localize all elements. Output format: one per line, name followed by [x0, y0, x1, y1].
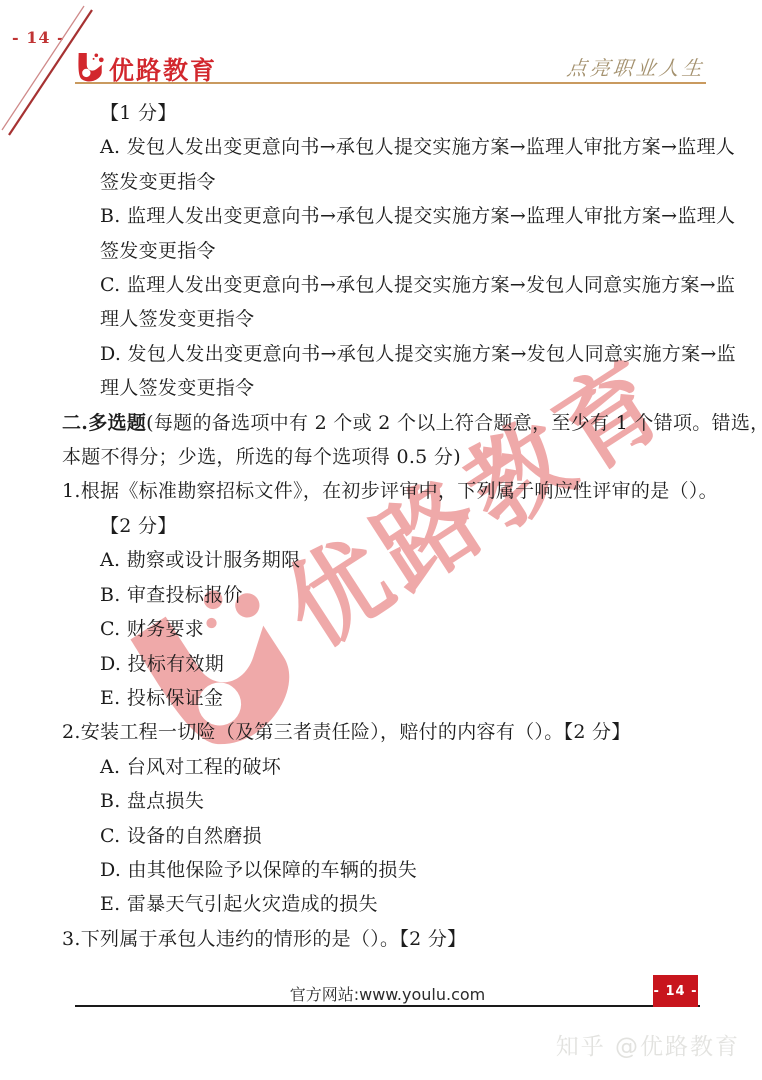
option-line-c: C. 财务要求: [62, 612, 712, 646]
footer-site-text: 官方网站:www.youlu.com: [75, 982, 700, 1005]
option-continuation: 理人签发变更指令: [62, 302, 712, 336]
section-note-continuation: 本题不得分；少选，所选的每个选项得 0.5 分): [62, 440, 712, 474]
option-line-c: C. 监理人发出变更意向书→承包人提交实施方案→发包人同意实施方案→监: [62, 268, 712, 302]
score-line: 【1 分】: [62, 96, 712, 130]
brand-logo-icon: [75, 50, 104, 85]
zhihu-watermark: 知乎 @优路教育: [556, 1028, 740, 1061]
section-heading-note: (每题的备选项中有 2 个或 2 个以上符合题意，至少有 1 个错项。错选，: [146, 412, 762, 434]
option-continuation: 签发变更指令: [62, 234, 712, 268]
question-3: 3.下列属于承包人违约的情形的是（）。【2 分】: [62, 922, 712, 956]
question-1: 1.根据《标准勘察招标文件》，在初步评审中，下列属于响应性评审的是（）。: [62, 474, 712, 508]
score-line: 【2 分】: [62, 509, 712, 543]
document-page: - 14 - 优路教育 点亮职业人生 优路教育 【1 分】 A. 发包人发出变更…: [0, 0, 762, 1080]
option-line-d: D. 由其他保险予以保障的车辆的损失: [62, 853, 712, 887]
footer-page-badge: - 14 -: [653, 975, 698, 1007]
header-rule: [75, 82, 706, 84]
option-line-b: B. 监理人发出变更意向书→承包人提交实施方案→监理人审批方案→监理人: [62, 199, 712, 233]
question-2: 2.安装工程一切险（及第三者责任险），赔付的内容有（）。【2 分】: [62, 715, 712, 749]
section-heading-title: 二.多选题: [62, 412, 146, 434]
option-line-a: A. 勘察或设计服务期限: [62, 543, 712, 577]
option-continuation: 签发变更指令: [62, 165, 712, 199]
option-line-b: B. 盘点损失: [62, 784, 712, 818]
option-continuation: 理人签发变更指令: [62, 371, 712, 405]
option-line-e: E. 投标保证金: [62, 681, 712, 715]
option-line-a: A. 发包人发出变更意向书→承包人提交实施方案→监理人审批方案→监理人: [62, 130, 712, 164]
option-line-c: C. 设备的自然磨损: [62, 819, 712, 853]
option-line-d: D. 发包人发出变更意向书→承包人提交实施方案→发包人同意实施方案→监: [62, 337, 712, 371]
option-line-b: B. 审查投标报价: [62, 578, 712, 612]
footer-rule: [75, 1005, 700, 1007]
option-line-a: A. 台风对工程的破坏: [62, 750, 712, 784]
option-line-d: D. 投标有效期: [62, 647, 712, 681]
section-heading: 二.多选题(每题的备选项中有 2 个或 2 个以上符合题意，至少有 1 个错项。…: [62, 406, 712, 440]
question-text-block: 【1 分】 A. 发包人发出变更意向书→承包人提交实施方案→监理人审批方案→监理…: [62, 96, 712, 956]
brand-slogan: 点亮职业人生: [565, 52, 706, 81]
option-line-e: E. 雷暴天气引起火灾造成的损失: [62, 887, 712, 921]
